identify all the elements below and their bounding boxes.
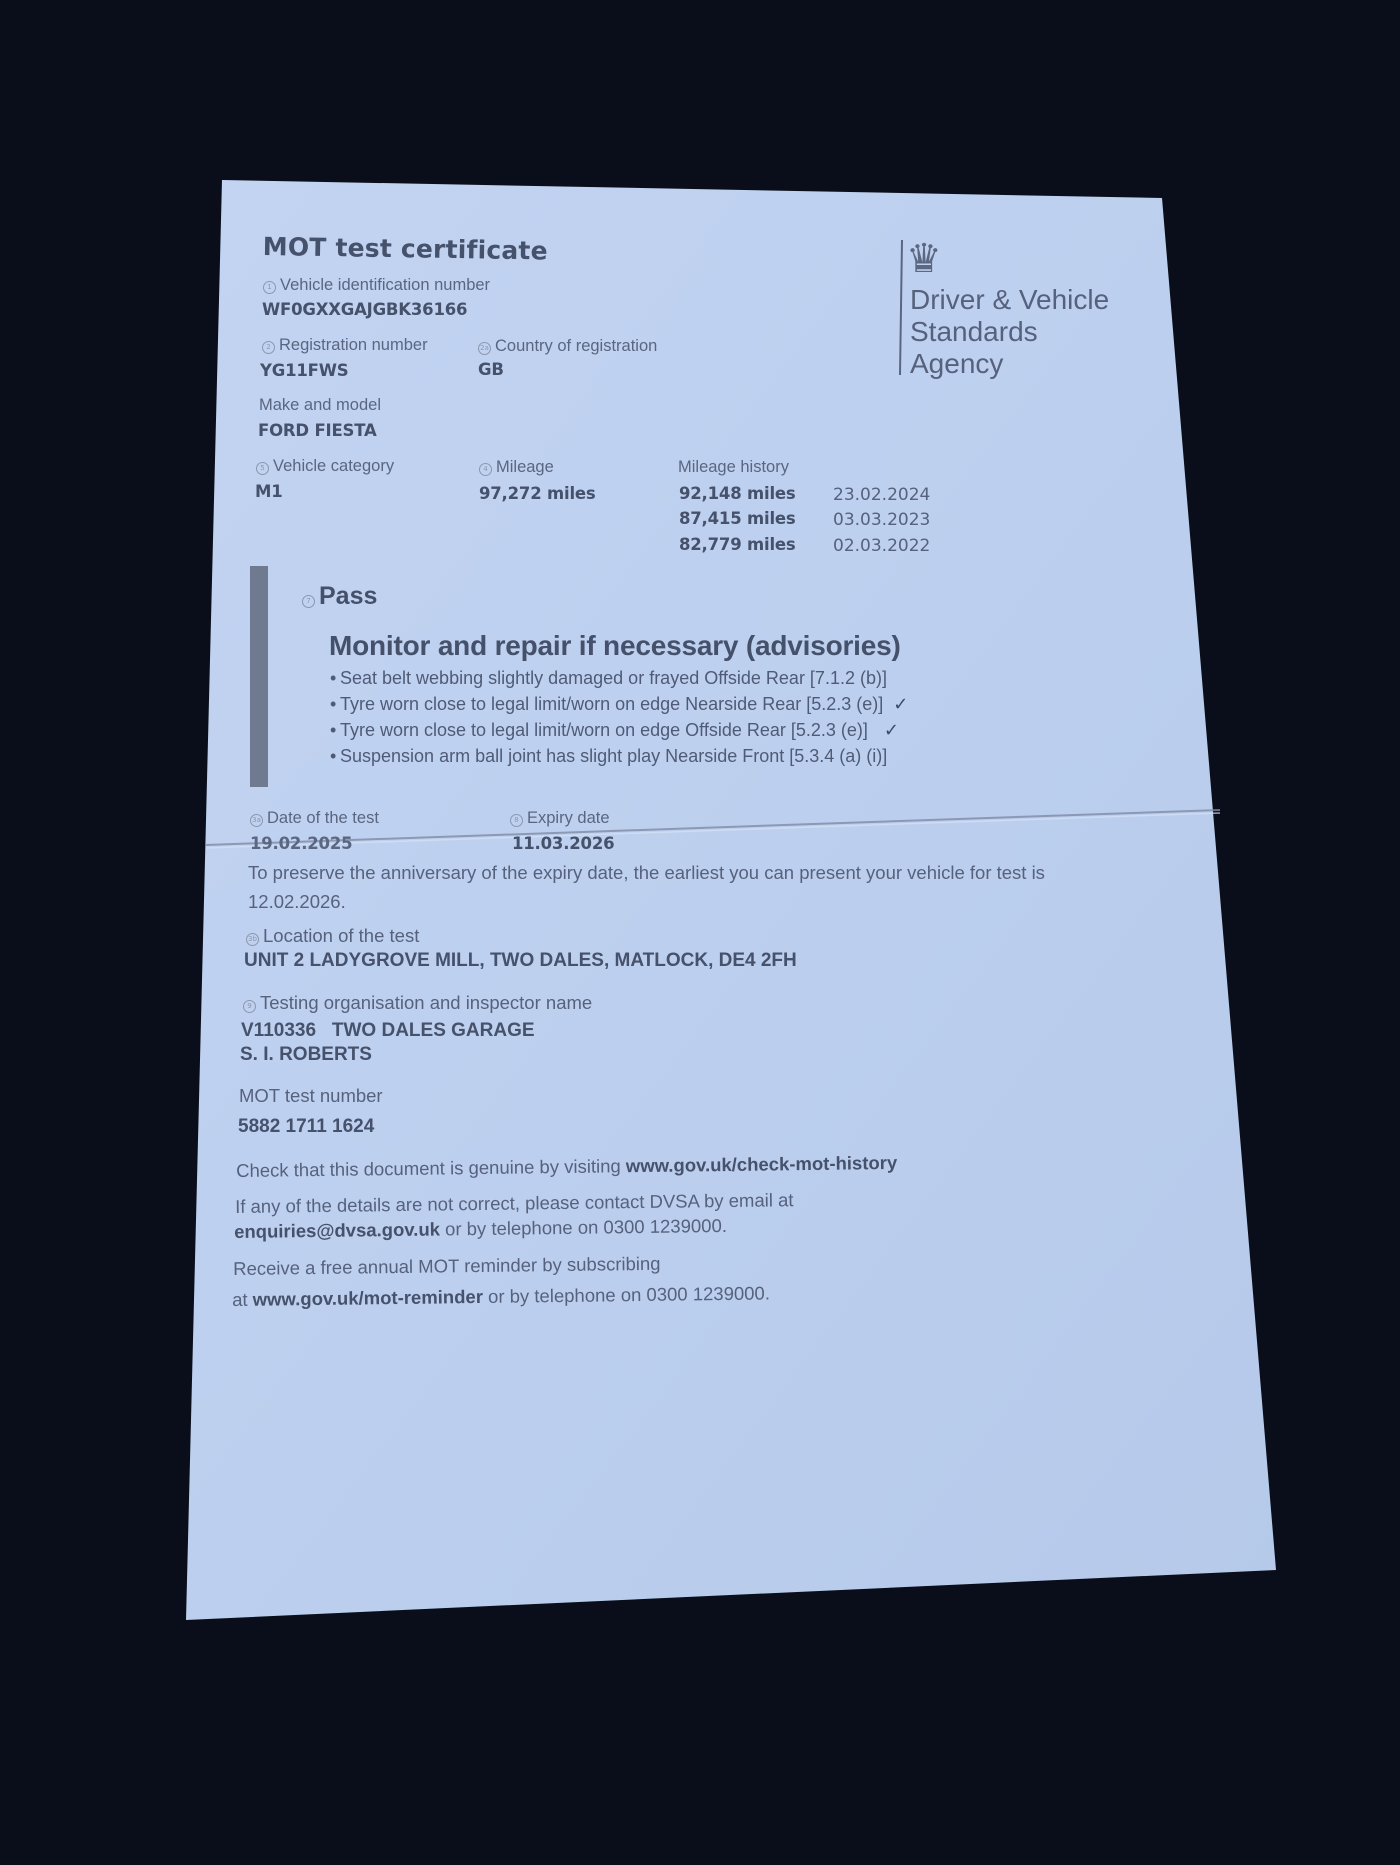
test-date-label: 3aDate of the test (250, 809, 379, 828)
testing-org-name: TWO DALES GARAGE (332, 1020, 535, 1041)
mot-reminder-link[interactable]: www.gov.uk/mot-reminder (253, 1286, 483, 1310)
anniversary-note-line-1: To preserve the anniversary of the expir… (248, 862, 1045, 884)
category-value: M1 (255, 482, 283, 501)
registration-label: 2Registration number (262, 336, 428, 355)
advisory-item: •Tyre worn close to legal limit/worn on … (330, 720, 899, 741)
location-label: 3bLocation of the test (246, 925, 419, 947)
field-number-icon: 2 (262, 341, 275, 354)
location-value: UNIT 2 LADYGROVE MILL, TWO DALES, MATLOC… (244, 950, 797, 972)
make-model-value: FORD FIESTA (258, 421, 377, 440)
advisory-item: •Suspension arm ball joint has slight pl… (330, 746, 887, 767)
agency-line-1: Driver & Vehicle (910, 284, 1109, 316)
royal-coat-of-arms-icon: ♛ (906, 236, 942, 282)
reminder-line-2: at www.gov.uk/mot-reminder or by telepho… (232, 1282, 770, 1311)
mileage-label: 4Mileage (479, 458, 554, 477)
test-number-value: 5882 1711 1624 (238, 1116, 374, 1138)
test-number-label: MOT test number (239, 1085, 383, 1107)
field-number-icon: 1 (263, 281, 276, 294)
contact-line-1: If any of the details are not correct, p… (235, 1189, 794, 1218)
check-genuine-text: Check that this document is genuine by v… (236, 1152, 897, 1182)
contact-line-2: enquiries@dvsa.gov.uk or by telephone on… (234, 1215, 727, 1243)
mileage-history-date-2: 02.03.2022 (833, 536, 930, 556)
field-number-icon: 3a (250, 814, 263, 827)
handwritten-tick-icon: ✓ (893, 694, 908, 714)
testing-org-value: V110336 TWO DALES GARAGE (241, 1020, 535, 1042)
field-number-icon: 4 (479, 463, 492, 476)
test-date-value: 19.02.2025 (250, 834, 352, 853)
field-number-icon: 2a (478, 342, 491, 355)
field-number-icon: 7 (302, 595, 315, 608)
anniversary-note-line-2: 12.02.2026. (248, 891, 346, 913)
agency-line-3: Agency (910, 348, 1109, 380)
field-number-icon: 8 (510, 814, 523, 827)
testing-org-id: V110336 (241, 1020, 316, 1041)
mileage-history-date-0: 23.02.2024 (833, 485, 930, 505)
advisory-item: •Tyre worn close to legal limit/worn on … (330, 694, 908, 715)
mileage-history-date-1: 03.03.2023 (833, 510, 930, 530)
mileage-history-miles-1: 87,415 miles (679, 509, 796, 528)
vin-value: WF0GXXGAJGBK36166 (262, 300, 467, 319)
field-number-icon: 5 (256, 462, 269, 475)
reminder-line-1: Receive a free annual MOT reminder by su… (233, 1253, 661, 1280)
category-label: 5Vehicle category (256, 457, 394, 476)
expiry-date-value: 11.03.2026 (512, 834, 614, 853)
field-number-icon: 9 (243, 1000, 256, 1013)
check-mot-history-link[interactable]: www.gov.uk/check-mot-history (626, 1152, 898, 1176)
testing-org-label: 9Testing organisation and inspector name (243, 992, 592, 1014)
vin-label: 1Vehicle identification number (263, 276, 490, 295)
agency-line-2: Standards (910, 316, 1109, 348)
country-label: 2aCountry of registration (478, 337, 657, 356)
country-value: GB (478, 360, 504, 379)
mileage-history-miles-2: 82,779 miles (679, 535, 796, 554)
document-title: MOT test certificate (263, 232, 548, 265)
expiry-date-label: 8Expiry date (510, 809, 610, 828)
test-result: 7Pass (302, 582, 377, 611)
dvsa-email-link[interactable]: enquiries@dvsa.gov.uk (234, 1218, 440, 1242)
advisories-heading: Monitor and repair if necessary (advisor… (329, 630, 901, 662)
mot-certificate: MOT test certificate ♛ Driver & Vehicle … (0, 0, 1400, 1865)
advisory-item: •Seat belt webbing slightly damaged or f… (330, 668, 887, 689)
mileage-history-label: Mileage history (678, 458, 789, 477)
inspector-name: S. I. ROBERTS (240, 1044, 372, 1066)
field-number-icon: 3b (246, 933, 259, 946)
registration-value: YG11FWS (260, 361, 348, 380)
make-model-label: Make and model (259, 396, 381, 415)
mileage-history-miles-0: 92,148 miles (679, 484, 796, 503)
agency-name: Driver & Vehicle Standards Agency (910, 284, 1109, 380)
mileage-value: 97,272 miles (479, 484, 596, 503)
handwritten-tick-icon: ✓ (884, 720, 899, 740)
